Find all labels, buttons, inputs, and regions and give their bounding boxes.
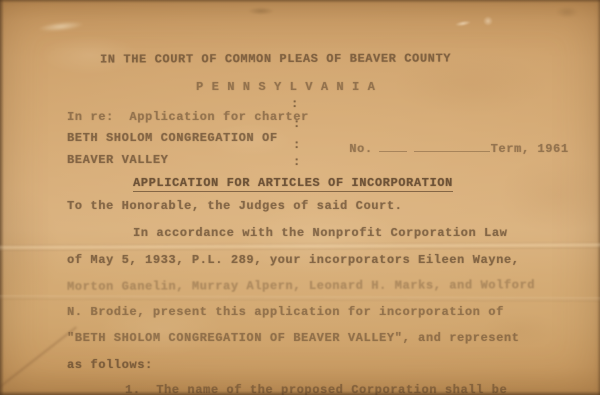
paper-speck — [483, 16, 493, 26]
docket-number-blank-long — [414, 141, 490, 152]
state-name-line: P E N N S Y L V A N I A — [196, 80, 375, 94]
body-line-6: as follows: — [67, 358, 153, 372]
application-heading: APPLICATION FOR ARTICLES OF INCORPORATIO… — [133, 176, 453, 192]
salutation-line: To the Honorable, the Judges of said Cou… — [67, 199, 402, 213]
caption-separator-colon-3: : — [293, 138, 301, 152]
caption-separator-colon-2: : — [293, 117, 301, 131]
caption-separator-colon-1: : — [291, 97, 299, 111]
party-name-line-1: BETH SHOLOM CONGREGATION OF — [67, 131, 278, 145]
body-line-5: "BETH SHOLOM CONGREGATION OF BEAVER VALL… — [67, 331, 519, 345]
scanned-document-page: IN THE COURT OF COMMON PLEAS OF BEAVER C… — [0, 0, 600, 395]
in-re-line: In re: Application for charter — [67, 110, 309, 124]
caption-separator-colon-4: : — [293, 155, 301, 169]
stain-mark-top-center — [248, 7, 274, 15]
docket-no-label: No. — [349, 142, 372, 156]
docket-number-blank-short — [379, 141, 407, 152]
body-line-7: 1. The name of the proposed Corporation … — [125, 383, 507, 395]
body-line-4: N. Brodie, present this application for … — [67, 305, 504, 319]
paper-speck — [556, 6, 578, 18]
court-caption-line: IN THE COURT OF COMMON PLEAS OF BEAVER C… — [100, 52, 451, 67]
body-line-3-faded: Morton Ganelin, Murray Alpern, Leonard H… — [67, 278, 535, 294]
party-name-line-2: BEAVER VALLEY — [67, 153, 168, 167]
scan-edge-top — [0, 0, 600, 3]
horizontal-fold-crease — [0, 242, 600, 252]
body-line-2: of May 5, 1933, P.L. 289, your incorpora… — [67, 253, 519, 267]
scan-edge-left — [0, 0, 4, 395]
body-line-1: In accordance with the Nonprofit Corpora… — [133, 226, 507, 240]
paper-speck — [455, 20, 472, 28]
docket-term-label: Term, 1961 — [491, 142, 569, 156]
stain-mark-top-left — [38, 20, 85, 34]
docket-number-line: No.Term, 1961 — [318, 127, 569, 170]
corner-crease — [0, 326, 77, 395]
horizontal-fold-crease-soft — [0, 295, 600, 302]
